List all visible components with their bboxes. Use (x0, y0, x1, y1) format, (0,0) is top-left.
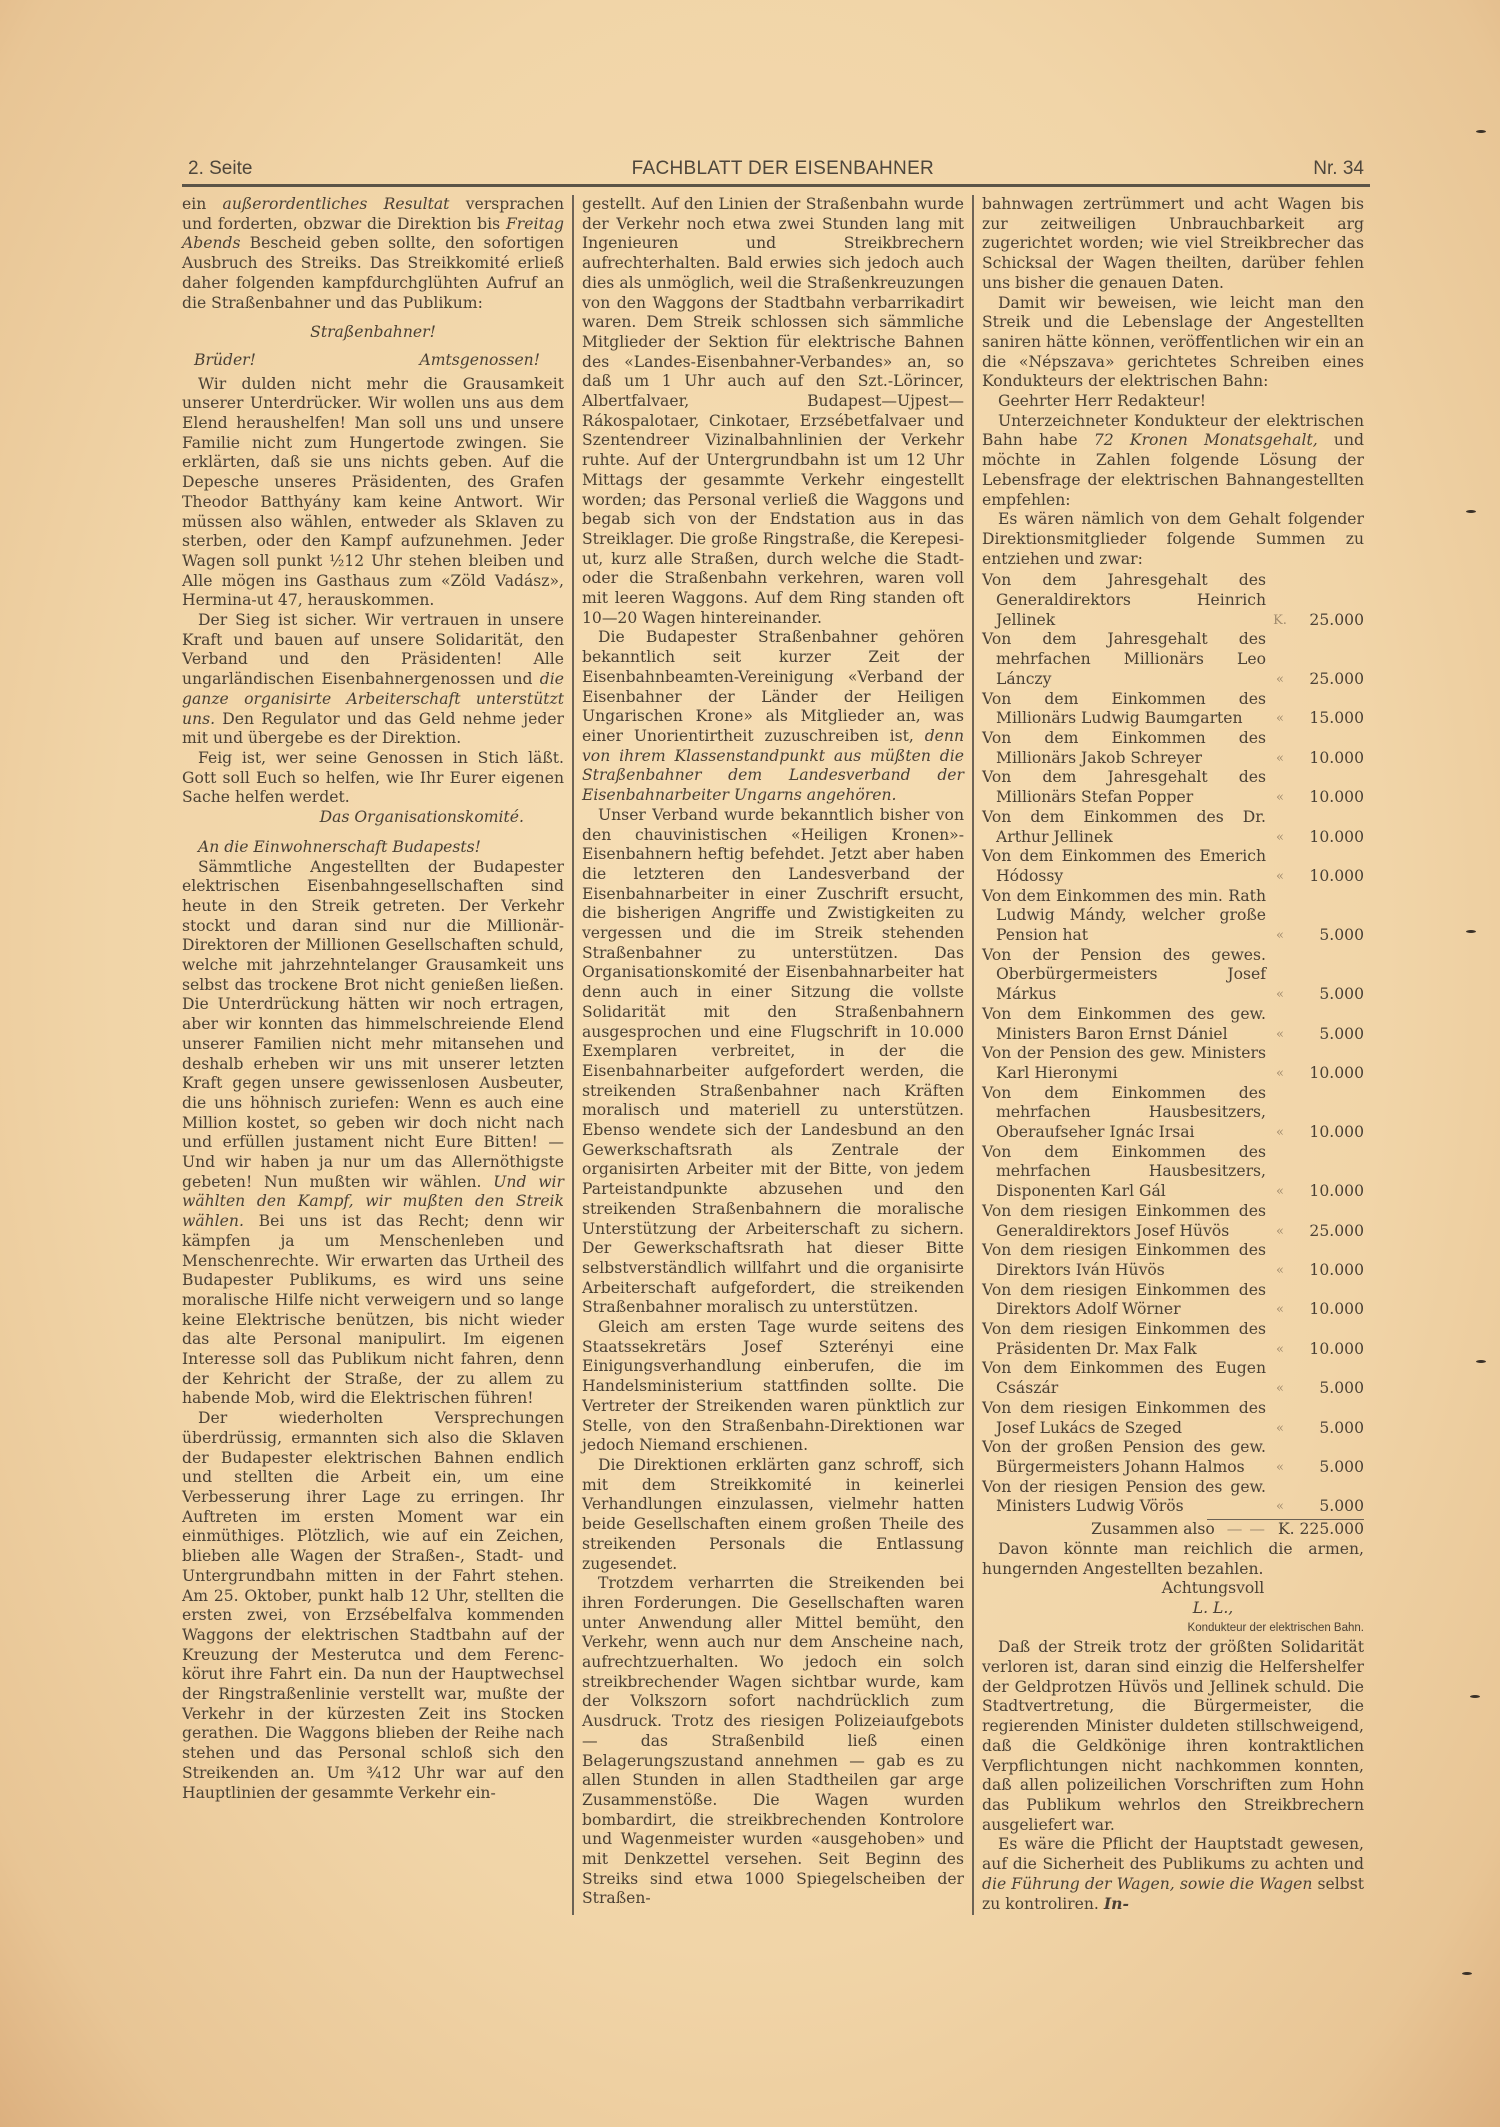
ledger-amount: 25.000 (1294, 611, 1364, 631)
ledger-amount: 5.000 (1294, 1419, 1364, 1439)
ledger-row: Von dem Jahresgehalt des mehrfachen Mill… (982, 630, 1364, 689)
paragraph: Gleich am ersten Tage wurde seitens des … (582, 1318, 964, 1456)
ledger-amount: 5.000 (1294, 985, 1364, 1005)
ditto-mark: « (1266, 1340, 1294, 1360)
paragraph: ein außerordentliches Resultat versprach… (182, 195, 564, 313)
ditto-mark: « (1266, 926, 1294, 946)
ledger-amount: 10.000 (1294, 1182, 1364, 1202)
ledger-amount: 10.000 (1294, 828, 1364, 848)
ditto-mark: « (1266, 1379, 1294, 1399)
ditto-mark: « (1266, 867, 1294, 887)
ledger-row: Von dem Einkommen des gew. Ministers Bar… (982, 1005, 1364, 1044)
ledger-amount: 5.000 (1294, 1025, 1364, 1045)
column-3: bahnwagen zertrümmert und acht Wagen bis… (974, 195, 1364, 1915)
ledger-amount: 10.000 (1294, 788, 1364, 808)
ledger-description: Von dem Einkommen des Millionärs Ludwig … (982, 690, 1266, 729)
ditto-mark: « (1266, 1300, 1294, 1320)
header-rule (182, 184, 1370, 187)
paragraph: Feig ist, wer seine Genossen in Stich lä… (182, 749, 564, 808)
ledger-description: Von dem Einkommen des Emerich Hódossy (982, 847, 1266, 886)
appeal-heading: Straßenbahner! (182, 323, 564, 343)
ditto-mark: « (1266, 1222, 1294, 1242)
ledger-description: Von dem Einkommen des mehrfachen Hausbes… (982, 1084, 1266, 1143)
ditto-mark: « (1266, 1458, 1294, 1478)
ditto-mark: « (1266, 985, 1294, 1005)
ledger-row: Von der Pension des gew. Ministers Karl … (982, 1044, 1364, 1083)
ledger-description: Von der großen Pension des gew. Bürgerme… (982, 1438, 1266, 1477)
ledger-description: Von dem riesigen Einkommen des Direktors… (982, 1281, 1266, 1320)
paragraph: Damit wir beweisen, wie leicht man den S… (982, 294, 1364, 393)
scan-speck (1476, 1360, 1486, 1363)
column-1: ein außerordentliches Resultat versprach… (182, 195, 572, 1915)
scan-speck (1466, 930, 1476, 933)
paragraph: Unser Verband wurde bekanntlich bisher v… (582, 806, 964, 1318)
scan-speck (1466, 510, 1476, 513)
ditto-mark: « (1266, 1497, 1294, 1517)
ledger-description: Von der Pension des gewes. Oberbürgermei… (982, 946, 1266, 1005)
page-header: 2. Seite FACHBLATT DER EISENBAHNER Nr. 3… (182, 158, 1370, 182)
ledger-amount: 10.000 (1294, 1300, 1364, 1320)
ditto-mark: « (1266, 788, 1294, 808)
ledger-amount: 25.000 (1294, 670, 1364, 690)
paragraph: Wir dulden nicht mehr die Grausamkeit un… (182, 375, 564, 611)
paragraph: bahnwagen zertrümmert und acht Wagen bis… (982, 195, 1364, 294)
ledger-description: Von der Pension des gew. Ministers Karl … (982, 1044, 1266, 1083)
total-value: K. 225.000 (1278, 1520, 1364, 1540)
author-role: Kondukteur der elektrischen Bahn. (982, 1619, 1364, 1639)
ledger-description: Von dem Einkommen des Eugen Császár (982, 1359, 1266, 1398)
ledger-row: Von dem riesigen Einkommen des Generaldi… (982, 1202, 1364, 1241)
publication-title: FACHBLATT DER EISENBAHNER (632, 158, 934, 180)
ledger-row: Von dem riesigen Einkommen des Direktors… (982, 1281, 1364, 1320)
ledger-row: Von der Pension des gewes. Oberbürgermei… (982, 946, 1364, 1005)
ledger-row: Von dem Einkommen des Millionärs Jakob S… (982, 729, 1364, 768)
newspaper-page: 2. Seite FACHBLATT DER EISENBAHNER Nr. 3… (182, 158, 1370, 1915)
ledger-description: Von dem Einkommen des min. Rath Ludwig M… (982, 887, 1266, 946)
scan-speck (1462, 1972, 1472, 1975)
page-number: 2. Seite (188, 158, 252, 180)
ledger-description: Von dem Jahresgehalt des mehrfachen Mill… (982, 630, 1266, 689)
paragraph: Der wiederholten Versprechungen überdrüs… (182, 1409, 564, 1803)
ditto-mark: « (1266, 709, 1294, 729)
paragraph: Davon könnte man reichlich die armen, hu… (982, 1540, 1364, 1579)
paragraph: Es wäre die Pflicht der Hauptstadt gewes… (982, 1835, 1364, 1915)
ditto-mark: « (1266, 1025, 1294, 1045)
ledger-row: Von der riesigen Pension des gew. Minist… (982, 1478, 1364, 1517)
ledger-description: Von dem Jahresgehalt des Millionärs Stef… (982, 768, 1266, 807)
ditto-mark: K. (1266, 611, 1294, 631)
ledger-amount: 5.000 (1294, 926, 1364, 946)
ledger-description: Von dem Jahresgehalt des Generaldirektor… (982, 571, 1266, 630)
ledger-amount: 10.000 (1294, 1064, 1364, 1084)
ledger-description: Von dem riesigen Einkommen des Präsident… (982, 1320, 1266, 1359)
ledger-amount: 5.000 (1294, 1458, 1364, 1478)
ledger-amount: 25.000 (1294, 1222, 1364, 1242)
ditto-mark: « (1266, 1123, 1294, 1143)
ledger-row: Von dem Jahresgehalt des Generaldirektor… (982, 571, 1364, 630)
ledger-row: Von dem Einkommen des Dr. Arthur Jelline… (982, 808, 1364, 847)
ledger-row: Von dem Einkommen des Emerich Hódossy«10… (982, 847, 1364, 886)
ditto-mark: « (1266, 1261, 1294, 1281)
paragraph: Die Budapester Straßenbahner gehören bek… (582, 628, 964, 805)
total-label: Zusammen also (1091, 1520, 1215, 1540)
paragraph: Sämmtliche Angestellten der Budapester e… (182, 858, 564, 1410)
ledger-amount: 10.000 (1294, 1340, 1364, 1360)
ledger-amount: 5.000 (1294, 1497, 1364, 1517)
closing: Achtungsvoll (982, 1579, 1364, 1599)
ledger-row: Von der großen Pension des gew. Bürgerme… (982, 1438, 1364, 1477)
ledger-description: Von der riesigen Pension des gew. Minist… (982, 1478, 1266, 1517)
ledger-row: Von dem riesigen Einkommen des Präsident… (982, 1320, 1364, 1359)
ledger-description: Von dem Einkommen des Dr. Arthur Jelline… (982, 808, 1266, 847)
paragraph: gestellt. Auf den Linien der Straßenbahn… (582, 195, 964, 628)
ledger-amount: 10.000 (1294, 1123, 1364, 1143)
ledger-description: Von dem riesigen Einkommen des Josef Luk… (982, 1399, 1266, 1438)
ditto-mark: « (1266, 1064, 1294, 1084)
scan-speck (1476, 130, 1486, 133)
letter-salutation: Geehrter Herr Redakteur! (982, 392, 1364, 412)
ledger-amount: 5.000 (1294, 1379, 1364, 1399)
paragraph: Die Direktionen erklärten ganz schroff, … (582, 1456, 964, 1574)
ledger-description: Von dem Einkommen des mehrfachen Hausbes… (982, 1143, 1266, 1202)
ledger-row: Von dem riesigen Einkommen des Josef Luk… (982, 1399, 1364, 1438)
initials: L. L., (982, 1599, 1364, 1619)
ledger-total: Zusammen also — — K. 225.000 (982, 1520, 1364, 1540)
ditto-mark: « (1266, 828, 1294, 848)
ledger-row: Von dem Einkommen des mehrfachen Hausbes… (982, 1143, 1364, 1202)
ledger-row: Von dem Einkommen des Eugen Császár«5.00… (982, 1359, 1364, 1398)
salary-ledger: Von dem Jahresgehalt des Generaldirektor… (982, 571, 1364, 1517)
paragraph: Der Sieg ist sicher. Wir vertrauen in un… (182, 611, 564, 749)
ledger-amount: 10.000 (1294, 867, 1364, 887)
ledger-amount: 10.000 (1294, 749, 1364, 769)
ledger-amount: 15.000 (1294, 709, 1364, 729)
ledger-row: Von dem Jahresgehalt des Millionärs Stef… (982, 768, 1364, 807)
columns: ein außerordentliches Resultat versprach… (182, 195, 1370, 1915)
paragraph: Unterzeichneter Kondukteur der elektrisc… (982, 412, 1364, 511)
ledger-row: Von dem Einkommen des mehrfachen Hausbes… (982, 1084, 1364, 1143)
ledger-row: Von dem riesigen Einkommen des Direktors… (982, 1241, 1364, 1280)
ledger-description: Von dem Einkommen des Millionärs Jakob S… (982, 729, 1266, 768)
appeal-heading: An die Einwohnerschaft Budapests! (182, 838, 564, 858)
ditto-mark: « (1266, 749, 1294, 769)
ledger-row: Von dem Einkommen des min. Rath Ludwig M… (982, 887, 1364, 946)
scan-speck (1470, 1695, 1480, 1698)
paragraph: Daß der Streik trotz der größten Solidar… (982, 1638, 1364, 1835)
salutation: Brüder!Amtsgenossen! (182, 343, 564, 375)
ledger-description: Von dem riesigen Einkommen des Direktors… (982, 1241, 1266, 1280)
ditto-mark: « (1266, 670, 1294, 690)
issue-number: Nr. 34 (1313, 158, 1364, 180)
column-2: gestellt. Auf den Linien der Straßenbahn… (574, 195, 972, 1915)
ledger-description: Von dem riesigen Einkommen des Generaldi… (982, 1202, 1266, 1241)
signature: Das Organisationskomité. (182, 808, 564, 828)
leader-dots: — — (1227, 1520, 1266, 1540)
paragraph: Es wären nämlich von dem Gehalt folgende… (982, 510, 1364, 569)
ledger-amount: 10.000 (1294, 1261, 1364, 1281)
ditto-mark: « (1266, 1182, 1294, 1202)
ledger-row: Von dem Einkommen des Millionärs Ludwig … (982, 690, 1364, 729)
ditto-mark: « (1266, 1419, 1294, 1439)
paragraph: Trotzdem verharrten die Streikenden bei … (582, 1574, 964, 1909)
ledger-description: Von dem Einkommen des gew. Ministers Bar… (982, 1005, 1266, 1044)
